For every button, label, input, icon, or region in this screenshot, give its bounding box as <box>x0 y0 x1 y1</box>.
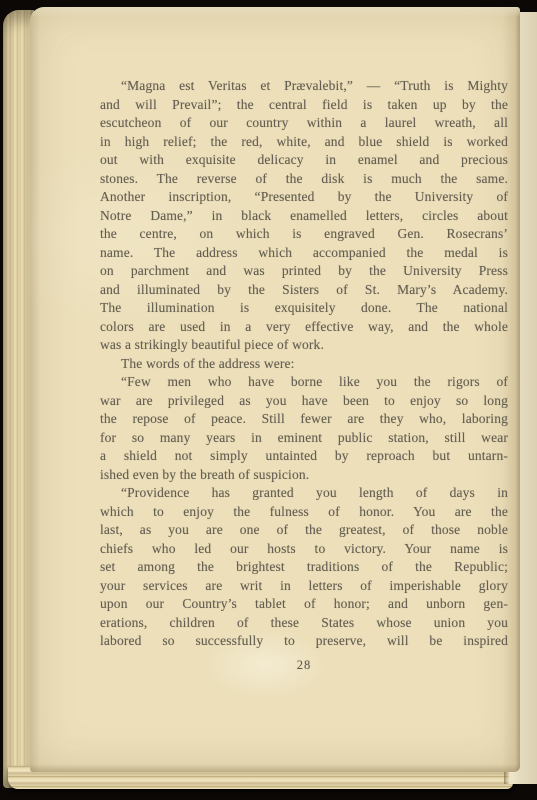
text-line: “Few men who have borne like you the rig… <box>100 373 508 392</box>
book-page: “Magna est Veritas et Prævalebit,” — “Tr… <box>30 7 520 772</box>
text-line: Notre Dame,” in black enamelled letters,… <box>100 207 508 226</box>
text-line: out with exquisite delicacy in enamel an… <box>100 151 508 170</box>
text-line: set among the brightest traditions of th… <box>100 558 508 577</box>
text-line: the repose of peace. Still fewer are the… <box>100 410 508 429</box>
text-line: war are privileged as you have been to e… <box>100 392 508 411</box>
text-line: name. The address which accompanied the … <box>100 244 508 263</box>
text-line: upon our Country’s tablet of honor; and … <box>100 595 508 614</box>
text-line: for so many years in eminent public stat… <box>100 429 508 448</box>
text-line: was a strikingly beautiful piece of work… <box>100 336 508 355</box>
text-line: which to enjoy the fulness of honor. You… <box>100 503 508 522</box>
text-line: Another inscription, “Presented by the U… <box>100 188 508 207</box>
text-line: “Magna est Veritas et Prævalebit,” — “Tr… <box>100 77 508 96</box>
text-line: “Providence has granted you length of da… <box>100 484 508 503</box>
text-line: a shield not simply untainted by reproac… <box>100 447 508 466</box>
text-line: on parchment and was printed by the Univ… <box>100 262 508 281</box>
text-line: chiefs who led our hosts to victory. You… <box>100 540 508 559</box>
text-line: The words of the address were: <box>100 355 508 374</box>
text-line: stones. The reverse of the disk is much … <box>100 170 508 189</box>
text-line: and illuminated by the Sisters of St. Ma… <box>100 281 508 300</box>
book-photo-background: “Magna est Veritas et Prævalebit,” — “Tr… <box>0 0 537 800</box>
text-line: your services are writ in letters of imp… <box>100 577 508 596</box>
text-line: erations, children of these States whose… <box>100 614 508 633</box>
text-line: last, as you are one of the greatest, of… <box>100 521 508 540</box>
page-text: “Magna est Veritas et Prævalebit,” — “Tr… <box>100 77 508 674</box>
text-line: labored so successfully to preserve, wil… <box>100 632 508 651</box>
page-number: 28 <box>100 656 508 675</box>
text-line: and will Prevail”; the central field is … <box>100 96 508 115</box>
text-line: colors are used in a very effective way,… <box>100 318 508 337</box>
text-line: The illumination is exquisitely done. Th… <box>100 299 508 318</box>
text-line: ished even by the breath of suspicion. <box>100 466 508 485</box>
text-line: the centre, on which is engraved Gen. Ro… <box>100 225 508 244</box>
text-line: in high relief; the red, white, and blue… <box>100 133 508 152</box>
text-line: escutcheon of our country within a laure… <box>100 114 508 133</box>
